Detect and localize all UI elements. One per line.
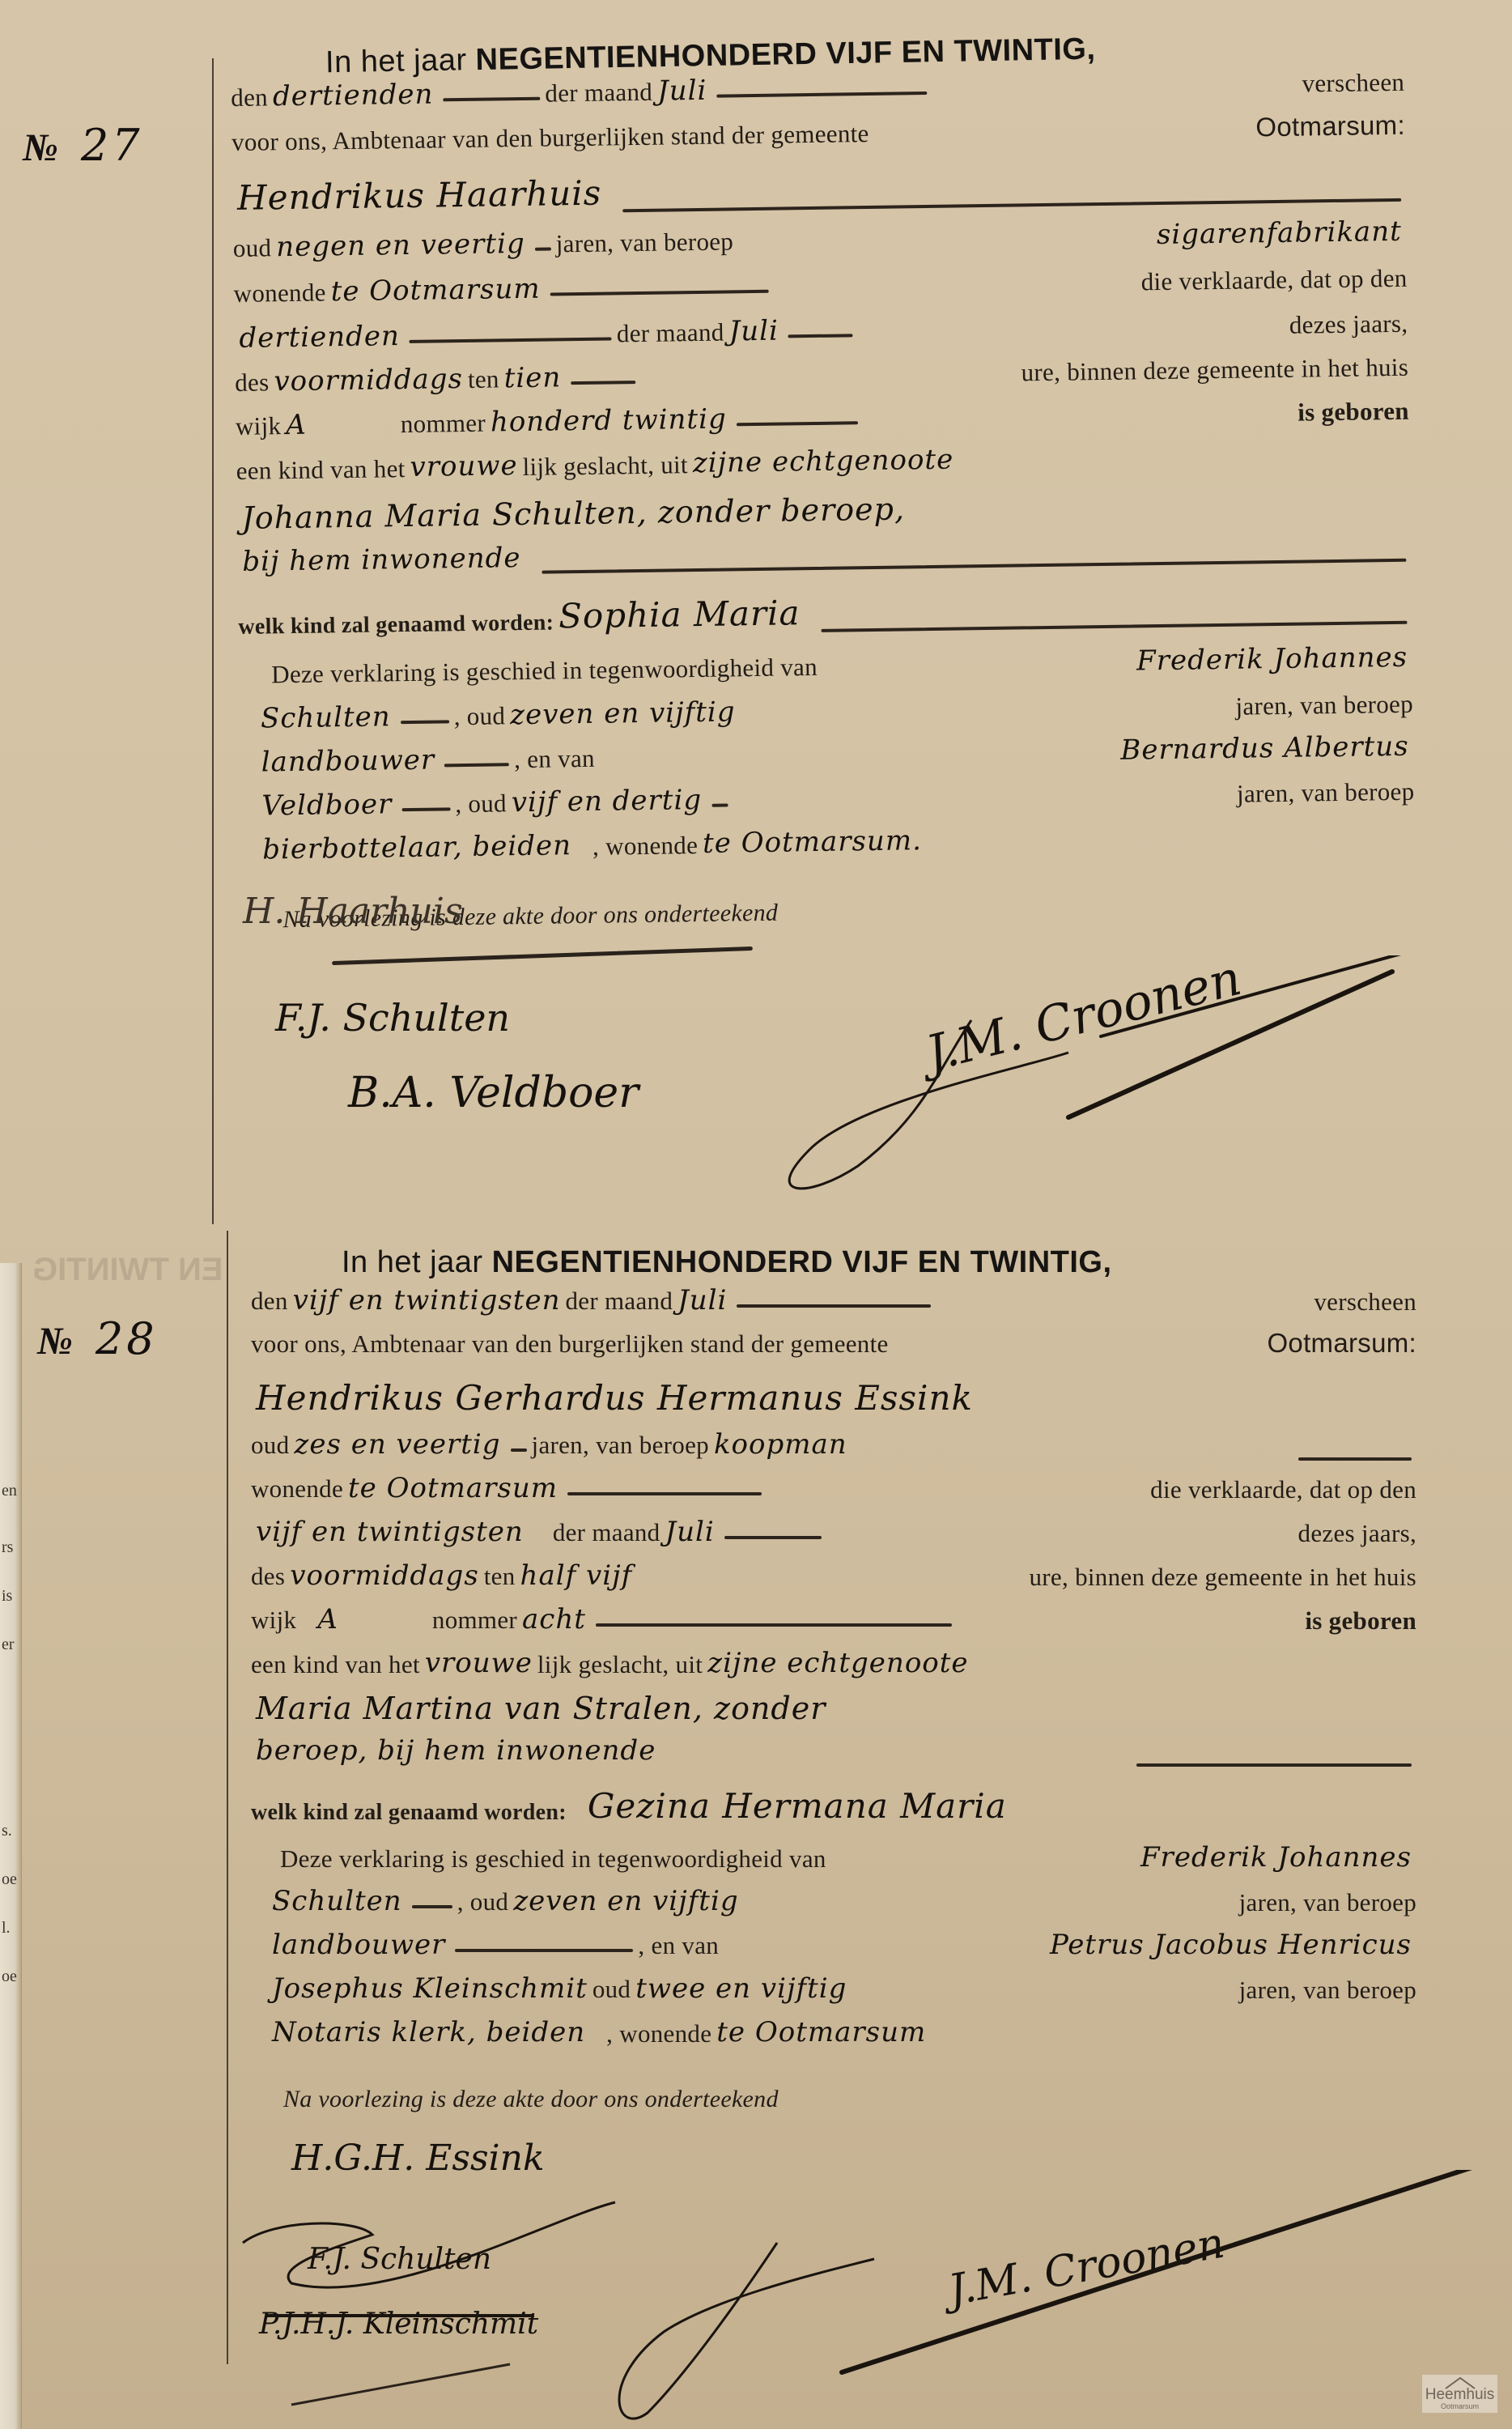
label-ten: ten — [484, 1562, 516, 1590]
label-dezes-jaars: dezes jaars, — [1298, 1519, 1416, 1548]
label-oud-2: oud — [592, 1975, 631, 2003]
field-witness2-occupation: Notaris klerk, beiden — [267, 2016, 590, 2048]
field-mother-name: Maria Martina van Stralen, zonder — [251, 1691, 830, 1726]
act-number: №27 — [23, 120, 143, 171]
field-witness1-age: zeven en vijftig — [508, 1885, 743, 1917]
label-verscheen: verscheen — [1314, 1287, 1416, 1317]
field-house-number: acht — [517, 1603, 591, 1636]
adjacent-page-edge: en rs is er s. oe l. oe — [0, 1263, 22, 2429]
label-jaren-van-beroep-2: jaren, van beroep — [1235, 690, 1413, 721]
field-mother-name: Johanna Maria Schulten, zonder beroep, — [236, 491, 910, 536]
label-der-maand: der maand — [545, 78, 652, 108]
label-jaren-van-beroep: jaren, van beroep — [555, 227, 733, 257]
label-verscheen: verscheen — [1302, 68, 1404, 99]
edge-fragment: oe — [2, 1870, 17, 1889]
field-declarant-name: Hendrikus Gerhardus Hermanus Essink — [251, 1378, 978, 1418]
field-month: Juli — [652, 74, 712, 108]
field-mother-intro: zijne echtgenoote — [688, 443, 959, 479]
roof-icon — [1444, 2376, 1476, 2389]
signature-flourish — [615, 955, 1457, 1198]
edge-fragment: s. — [2, 1822, 12, 1840]
field-witness2-first: Bernardus Albertus — [1115, 730, 1414, 767]
field-mother-intro: zijne echtgenoote — [703, 1647, 973, 1679]
act-heading: In het jaar NEGENTIENHONDERD VIJF EN TWI… — [342, 1245, 1112, 1280]
number-sign: № — [37, 1320, 73, 1363]
field-witness1-first: Frederik Johannes — [1136, 1841, 1416, 1874]
field-witness2-occupation: bierbottelaar, beiden — [257, 829, 576, 866]
field-declarant-age: zes en veertig — [289, 1428, 505, 1461]
label-voor-ons: voor ons, Ambtenaar van den burgerlijken… — [231, 119, 869, 157]
field-house-number: honderd twintig — [486, 402, 732, 438]
label-wonende: wonende — [251, 1474, 343, 1503]
label-der-maand-2: der maand — [553, 1518, 660, 1546]
signature-witness1: F.J. Schulten — [275, 996, 510, 1040]
edge-fragment: er — [2, 1636, 15, 1654]
label-wonende-comma: , wonende — [606, 2019, 711, 2048]
label-des: des — [235, 368, 270, 397]
field-witness1-last: Schulten — [256, 700, 396, 734]
heading-prefix: In het jaar — [325, 43, 467, 79]
label-welk-kind: welk kind zal genaamd worden: — [238, 610, 554, 640]
field-declarant-name: Hendrikus Haarhuis — [232, 173, 607, 218]
label-nommer: nommer — [432, 1606, 517, 1634]
label-en-van: , en van — [638, 1931, 719, 1959]
label-der-maand: der maand — [565, 1287, 673, 1315]
field-witness1-occupation: landbouwer — [267, 1929, 450, 1961]
signature-flourish — [227, 2170, 1512, 2429]
bleed-through-text: EN TWINTIG — [32, 1252, 223, 1288]
field-hour: tien — [499, 361, 566, 394]
label-oud: oud — [233, 233, 272, 262]
label-jaren-van-beroep: jaren, van beroep — [532, 1431, 709, 1459]
field-child-name: Gezina Hermana Maria — [583, 1786, 1012, 1826]
margin-rule-top — [212, 58, 214, 1224]
field-declarant-residence: te Ootmarsum — [343, 1472, 563, 1504]
label-die-verklaarde: die verklaarde, dat op den — [1140, 264, 1407, 297]
field-wijk: A — [312, 1603, 343, 1636]
number-sign: № — [23, 126, 58, 169]
label-gemeente: Ootmarsum: — [1267, 1328, 1416, 1359]
label-wijk: wijk — [236, 411, 282, 440]
label-den: den — [251, 1287, 288, 1315]
edge-fragment: oe — [2, 1967, 17, 1986]
label-deze-verklaring: Deze verklaring is geschied in tegenwoor… — [280, 1844, 826, 1874]
label-oud-comma: , oud — [457, 1887, 509, 1916]
field-birth-month: Juli — [660, 1516, 719, 1548]
label-is-geboren: is geboren — [1298, 397, 1409, 428]
field-day: vijf en twintigsten — [288, 1284, 566, 1317]
field-sex: vrouwe — [420, 1647, 537, 1679]
field-declarant-occupation: sigarenfabrikant — [1152, 215, 1407, 251]
watermark-subtitle: Ootmarsum — [1422, 2402, 1497, 2410]
edge-fragment: is — [2, 1587, 12, 1606]
field-witness2-age: twee en vijftig — [631, 1972, 852, 2005]
label-na-voorlezing: Na voorlezing is deze akte door ons onde… — [283, 2086, 779, 2113]
signature-declarant: H. Haarhuis — [243, 891, 463, 932]
label-is-geboren: is geboren — [1305, 1606, 1416, 1636]
field-declarant-occupation: koopman — [709, 1428, 852, 1461]
field-child-name: Sophia Maria — [554, 593, 805, 636]
field-declarant-residence: te Ootmarsum — [325, 273, 545, 308]
label-lijk-geslacht: lijk geslacht, uit — [522, 450, 688, 482]
label-die-verklaarde: die verklaarde, dat op den — [1150, 1475, 1416, 1504]
act-number-value: 28 — [96, 1313, 158, 1364]
field-witness2-first: Petrus Jacobus Henricus — [1045, 1929, 1416, 1961]
field-hour: half vijf — [516, 1559, 638, 1592]
signature-witness2: B.A. Veldboer — [348, 1069, 639, 1117]
field-declarant-age: negen en veertig — [271, 228, 530, 263]
label-jaren-van-beroep-3: jaren, van beroep — [1237, 777, 1415, 809]
label-deze-verklaring: Deze verklaring is geschied in tegenwoor… — [271, 653, 818, 689]
field-birth-day: dertienden — [234, 320, 405, 355]
field-witness1-first: Frederik Johannes — [1132, 641, 1413, 678]
field-witness2-age: vijf en dertig — [507, 784, 707, 819]
label-oud: oud — [251, 1431, 289, 1459]
label-lijk-geslacht: lijk geslacht, uit — [537, 1650, 703, 1679]
field-witnesses-residence: te Ootmarsum. — [698, 824, 927, 860]
field-month: Juli — [673, 1284, 732, 1317]
field-witness1-last: Schulten — [267, 1885, 407, 1917]
field-time-of-day: voormiddags — [285, 1559, 484, 1592]
label-oud-comma: , oud — [453, 701, 505, 730]
label-dezes-jaars: dezes jaars, — [1289, 309, 1408, 340]
field-witness1-occupation: landbouwer — [256, 743, 440, 778]
field-witness1-age: zeven en vijftig — [505, 696, 741, 731]
label-wonende: wonende — [233, 278, 325, 308]
label-jaren-van-beroep-3: jaren, van beroep — [1239, 1976, 1416, 2005]
label-ure-binnen: ure, binnen deze gemeente in het huis — [1021, 353, 1408, 388]
label-den: den — [231, 83, 268, 112]
label-en-van: , en van — [514, 744, 595, 773]
field-wijk: A — [281, 409, 312, 442]
label-jaren-van-beroep-2: jaren, van beroep — [1239, 1888, 1416, 1917]
field-day: dertienden — [268, 78, 439, 113]
field-witness2-last: Veldboer — [257, 788, 397, 822]
heading-year: NEGENTIENHONDERD VIJF EN TWINTIG, — [492, 1245, 1112, 1279]
heading-prefix: In het jaar — [342, 1245, 483, 1279]
edge-fragment: rs — [2, 1538, 13, 1557]
label-een-kind: een kind van het — [251, 1650, 420, 1679]
label-voor-ons: voor ons, Ambtenaar van den burgerlijken… — [251, 1329, 889, 1359]
heemhuis-watermark: Heemhuis Ootmarsum — [1422, 2375, 1497, 2413]
label-ten: ten — [468, 364, 499, 393]
field-witnesses-residence: te Ootmarsum — [711, 2016, 931, 2048]
label-oud-comma-2: , oud — [455, 789, 507, 818]
label-welk-kind: welk kind zal genaamd worden: — [251, 1800, 567, 1826]
act-number-value: 27 — [81, 120, 143, 171]
label-nommer: nommer — [401, 409, 486, 438]
field-mother-residence: bij hem inwonende — [237, 542, 526, 578]
label-wonende-comma: , wonende — [592, 831, 699, 861]
label-gemeente: Ootmarsum: — [1255, 110, 1405, 143]
label-wijk: wijk — [251, 1606, 296, 1634]
label-ure-binnen: ure, binnen deze gemeente in het huis — [1029, 1563, 1416, 1592]
field-birth-day: vijf en twintigsten — [251, 1516, 529, 1548]
field-mother-residence: beroep, bij hem inwonende — [251, 1734, 660, 1767]
edge-fragment: en — [2, 1482, 17, 1500]
label-een-kind: een kind van het — [236, 454, 405, 486]
act-number: №28 — [37, 1313, 158, 1364]
label-der-maand-2: der maand — [617, 318, 724, 348]
field-time-of-day: voormiddags — [269, 363, 468, 398]
field-witness2-last: Josephus Kleinschmit — [267, 1972, 592, 2005]
watermark-title: Heemhuis — [1422, 2388, 1497, 2402]
edge-fragment: l. — [2, 1919, 11, 1938]
label-des: des — [251, 1562, 285, 1590]
field-birth-month: Juli — [724, 314, 784, 347]
field-sex: vrouwe — [405, 449, 523, 483]
